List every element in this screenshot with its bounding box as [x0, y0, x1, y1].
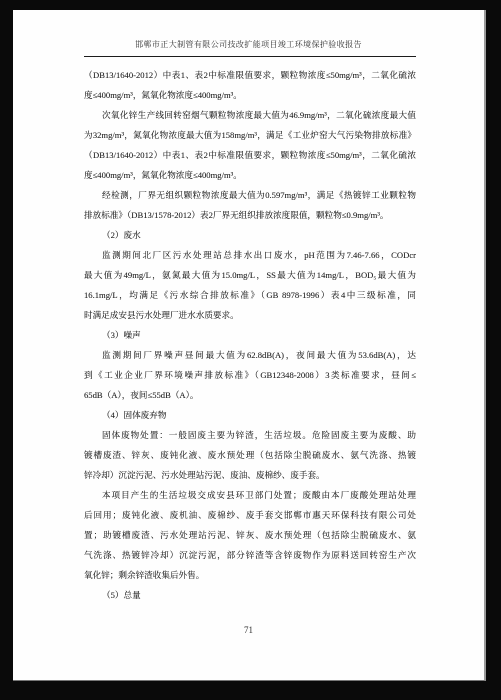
text-line: 16.1mg/L，均满足《污水综合排放标准》（GB 8978-1996）表4中三… [84, 285, 416, 305]
text-line: 氧化锌；剩余锌渣收集后外售。 [84, 565, 416, 585]
text-line: 排放标准》（DB13/1578-2012）表2厂界无组织排放浓度限值，颗粒物≤0… [84, 205, 416, 225]
text-line: 置；助镀槽废渣、污水处理站污泥、锌灰、废水预处理（包括除尘脱硫废水、氨 [84, 525, 416, 545]
text-line: 为32mg/m³，氮氧化物浓度最大值为158mg/m³，满足《工业炉窑大气污染物… [84, 125, 416, 145]
body-text: （DB13/1640-2012）中表1、表2中标准限值要求，颗粒物浓度≤50mg… [84, 65, 416, 605]
text-line: 后回用；废钝化液、废机油、废棉纱、废手套交邯郸市惠天环保科技有限公司处 [84, 505, 416, 525]
text-line: 监测期间北厂区污水处理站总排水出口废水，pH范围为7.46-7.66，CODcr [84, 245, 416, 265]
text-line: 次氧化锌生产线回转窑烟气颗粒物浓度最大值为46.9mg/m³，二氧化硫浓度最大值 [84, 105, 416, 125]
text-line: 最大值为49mg/L，氨氮最大值为15.0mg/L，SS最大值为14mg/L，B… [84, 265, 416, 285]
scan-background: 邯郸市正大制管有限公司技改扩能项目竣工环境保护验收报告 （DB13/1640-2… [0, 0, 501, 700]
text-line: （3）噪声 [84, 325, 416, 345]
text-line: 监测期间厂界噪声昼间最大值为62.8dB(A)，夜间最大值为53.6dB(A)，… [84, 345, 416, 365]
text-line: 度≤400mg/m³，氮氧化物浓度≤400mg/m³。 [84, 85, 416, 105]
text-line: （4）固体废弃物 [84, 405, 416, 425]
text-line: 固体废物处置：一般固废主要为锌渣，生活垃圾。危险固废主要为废酸、助 [84, 425, 416, 445]
text-line: 65dB（A），夜间≤55dB（A）。 [84, 385, 416, 405]
page-number: 71 [13, 625, 484, 635]
header-divider-line [84, 56, 416, 57]
text-line: 镀槽废渣、锌灰、废钝化液、废水预处理（包括除尘脱硫废水、氨气洗涤、热镀 [84, 445, 416, 465]
text-line: 气洗涤、热镀锌冷却）沉淀污泥，部分锌渣等含锌废物作为原料送回转窑生产次 [84, 545, 416, 565]
text-line: 经检测，厂界无组织颗粒物浓度最大值为0.597mg/m³，满足《热镀锌工业颗粒物 [84, 185, 416, 205]
text-line: 度≤400mg/m³，氮氧化物浓度≤400mg/m³。 [84, 165, 416, 185]
report-header-title: 邯郸市正大制管有限公司技改扩能项目竣工环境保护验收报告 [13, 39, 484, 50]
text-line: 时满足成安县污水处理厂进水水质要求。 [84, 305, 416, 325]
text-line: （5）总量 [84, 585, 416, 605]
text-line: （DB13/1640-2012）中表1、表2中标准限值要求，颗粒物浓度≤50mg… [84, 145, 416, 165]
document-page: 邯郸市正大制管有限公司技改扩能项目竣工环境保护验收报告 （DB13/1640-2… [13, 10, 486, 681]
text-line: 本项目产生的生活垃圾交成安县环卫部门处置；废酸由本厂废酸处理站处理 [84, 485, 416, 505]
text-line: 锌冷却）沉淀污泥、污水处理站污泥、废油、废棉纱、废手套。 [84, 465, 416, 485]
text-line: 到《工业企业厂界环境噪声排放标准》（GB12348-2008）3类标准要求，昼间… [84, 365, 416, 385]
text-line: （DB13/1640-2012）中表1、表2中标准限值要求，颗粒物浓度≤50mg… [84, 65, 416, 85]
text-line: （2）废水 [84, 225, 416, 245]
